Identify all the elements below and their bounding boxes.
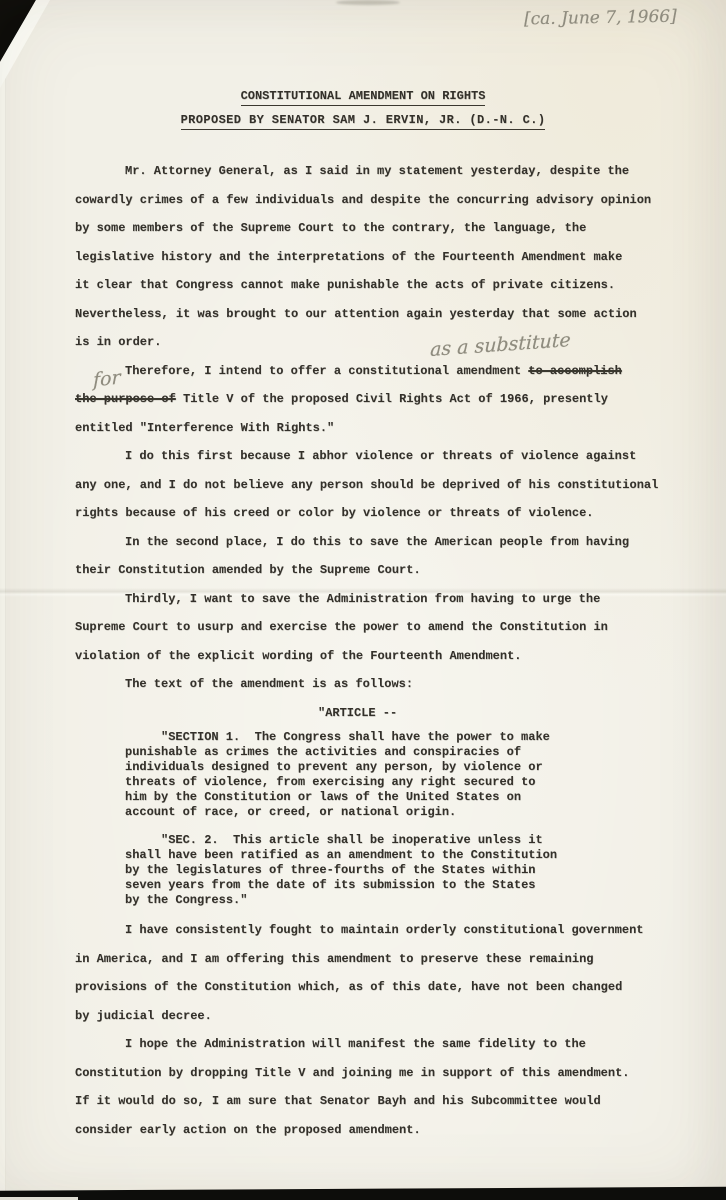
paragraph-2: Therefore, I intend to offer a constitut… xyxy=(75,357,675,443)
handwritten-insert-for: for xyxy=(93,366,120,391)
page-left-edge xyxy=(0,0,6,1200)
paragraph-1: Mr. Attorney General, as I said in my st… xyxy=(75,157,675,357)
paragraph-4: In the second place, I do this to save t… xyxy=(75,528,675,585)
handwritten-date-annotation: [ca. June 7, 1966] xyxy=(524,7,677,30)
paragraph-2-text: Therefore, I intend to offer a constitut… xyxy=(125,364,528,378)
amendment-section-1: "SECTION 1. The Congress shall have the … xyxy=(125,730,595,820)
document-body: Mr. Attorney General, as I said in my st… xyxy=(75,157,675,1144)
struck-text-the-purpose-of: the purpose of xyxy=(75,392,176,406)
scan-bottom-edge xyxy=(0,1185,726,1200)
amendment-section-2: "SEC. 2. This article shall be inoperati… xyxy=(125,833,595,908)
scan-smudge xyxy=(336,0,400,5)
document-title: CONSTITUTIONAL AMENDMENT ON RIGHTS xyxy=(241,90,486,106)
paragraph-6: The text of the amendment is as follows: xyxy=(75,670,675,699)
struck-text-to-accomplish: to accomplish xyxy=(528,364,622,378)
paragraph-7: I have consistently fought to maintain o… xyxy=(75,916,675,1030)
document-scan: [ca. June 7, 1966] as a substitute for C… xyxy=(0,0,726,1200)
document-title-block: CONSTITUTIONAL AMENDMENT ON RIGHTS PROPO… xyxy=(0,86,726,130)
article-heading: "ARTICLE -- xyxy=(318,699,675,728)
paragraph-5: Thirdly, I want to save the Administrati… xyxy=(75,585,675,671)
paragraph-8: I hope the Administration will manifest … xyxy=(75,1030,675,1144)
paragraph-3: I do this first because I abhor violence… xyxy=(75,442,675,528)
document-subtitle: PROPOSED BY SENATOR SAM J. ERVIN, JR. (D… xyxy=(181,114,546,130)
